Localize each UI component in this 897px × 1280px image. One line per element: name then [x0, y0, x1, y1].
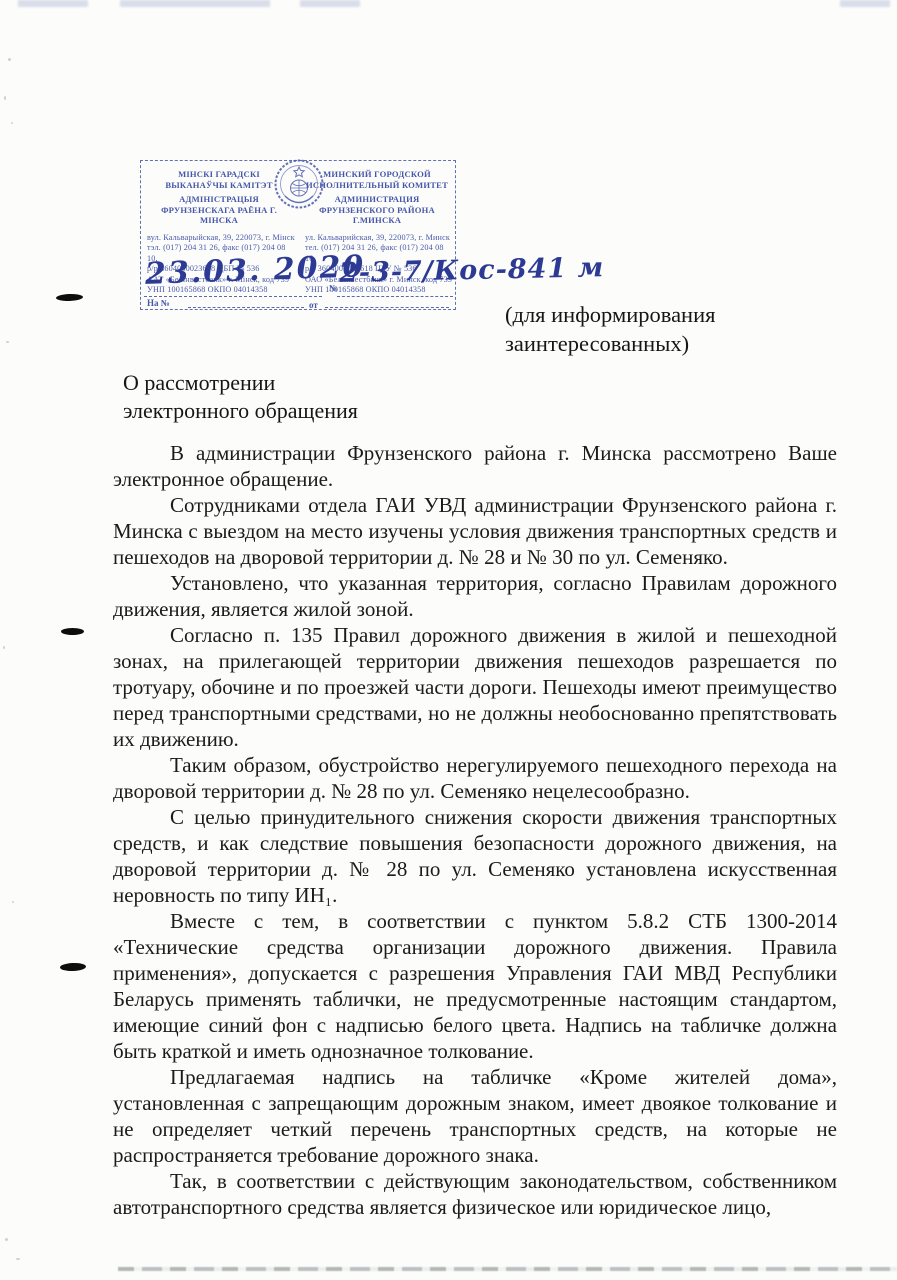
scan-edge-line — [118, 1267, 897, 1271]
subject: О рассмотрении электронного обращения — [123, 369, 523, 424]
scanned-letter-page: МІНСКІ ГАРАДСКІ ВЫКАНАЎЧЫ КАМІТЭТ АДМІНІ… — [0, 0, 897, 1280]
scan-speck — [12, 901, 14, 903]
scan-smudge — [300, 0, 360, 7]
punch-mark — [61, 628, 84, 635]
na-number-underline — [188, 307, 304, 308]
paragraph: Вместе с тем, в соответствии с пунктом 5… — [113, 908, 837, 1064]
paragraph: С целью принудительного снижения скорост… — [113, 804, 837, 908]
recipient-note: (для информирования заинтересованных) — [505, 301, 805, 358]
handwritten-number: 2-3-7/Кос-841 м — [339, 252, 605, 289]
scan-speck — [4, 96, 6, 100]
na-number-label: На № — [147, 298, 170, 308]
number-sign: № — [329, 283, 338, 293]
subject-line: электронного обращения — [123, 397, 523, 425]
ot-label: от — [309, 300, 318, 310]
state-emblem-icon — [273, 158, 325, 210]
scan-speck — [3, 646, 5, 649]
scan-smudge — [840, 0, 890, 7]
date-underline — [144, 296, 322, 297]
scan-speck — [16, 1258, 20, 1260]
paragraph: В администрации Фрунзенского района г. М… — [113, 440, 837, 492]
scan-smudge — [18, 0, 88, 7]
letter-body: В администрации Фрунзенского района г. М… — [113, 440, 837, 1220]
paragraph: Так, в соответствии с действующим законо… — [113, 1168, 837, 1220]
number-underline — [337, 296, 453, 297]
ot-underline — [325, 307, 449, 308]
scan-speck — [6, 341, 9, 343]
paragraph: Согласно п. 135 Правил дорожного движени… — [113, 622, 837, 752]
paragraph: Установлено, что указанная территория, с… — [113, 570, 837, 622]
address-line: вул. Кальварыйская, 39, 220073, г. Мінск — [147, 233, 295, 244]
scan-speck — [5, 1238, 8, 1241]
address-line: ул. Кальварийская, 39, 220073, г. Минск — [305, 233, 453, 244]
paragraph: Таким образом, обустройство нерегулируем… — [113, 752, 837, 804]
scan-speck — [8, 58, 11, 61]
recipient-note-line: заинтересованных) — [505, 330, 805, 359]
paragraph: Сотрудниками отдела ГАИ УВД администраци… — [113, 492, 837, 570]
paragraph: Предлагаемая надпись на табличке «Кроме … — [113, 1064, 837, 1168]
letterhead-box: МІНСКІ ГАРАДСКІ ВЫКАНАЎЧЫ КАМІТЭТ АДМІНІ… — [140, 160, 456, 310]
subject-line: О рассмотрении — [123, 369, 523, 397]
punch-mark — [60, 963, 86, 972]
punch-mark — [56, 294, 83, 302]
recipient-note-line: (для информирования — [505, 301, 805, 330]
scan-smudge — [120, 0, 270, 7]
scan-speck — [11, 122, 13, 124]
